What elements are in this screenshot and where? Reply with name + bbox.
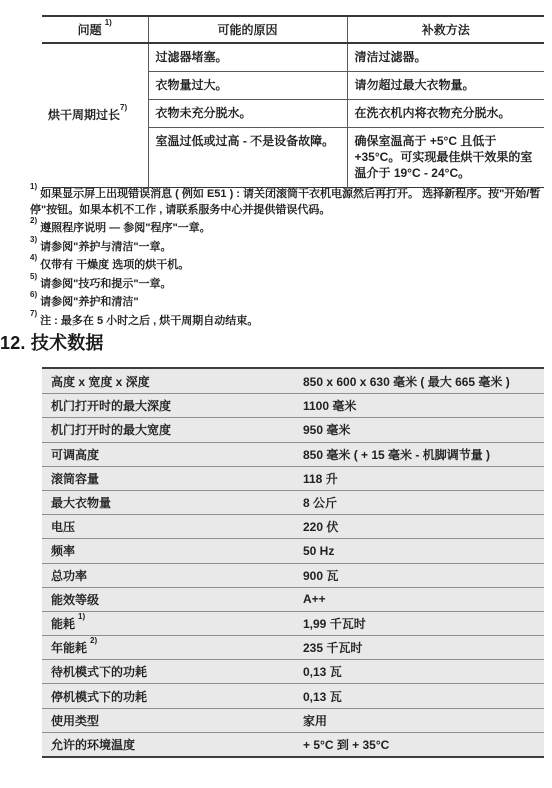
tech-label-text: 年能耗 [51,641,87,655]
tech-label-text: 总功率 [51,569,87,583]
header-cell-cause: 可能的原因 [148,16,347,43]
tech-row: 使用类型家用 [42,708,544,732]
tech-label: 允许的环境温度 [42,733,303,756]
tech-row: 频率50 Hz [42,538,544,562]
tech-label-text: 能耗 [51,617,75,631]
header-problem-label: 问题 [78,23,102,37]
tech-label: 能耗1) [42,612,303,635]
remedy-cell: 清洁过滤器。 [347,43,544,72]
tech-label-text: 待机模式下的功耗 [51,665,147,679]
table-header-row: 问题1) 可能的原因 补救方法 [42,16,544,43]
tech-label-text: 高度 x 宽度 x 深度 [51,375,150,389]
tech-value: 家用 [303,709,544,732]
remedy-cell: 在洗衣机内将衣物充分脱水。 [347,100,544,128]
tech-row: 停机模式下的功耗0,13 瓦 [42,683,544,707]
tech-row: 电压220 伏 [42,514,544,538]
manual-page: 问题1) 可能的原因 补救方法 烘干周期过长7) 过滤器堵塞。 清洁过滤器。 衣… [0,0,552,788]
tech-value: A++ [303,589,544,609]
tech-value: 850 毫米 ( + 15 毫米 - 机脚调节量 ) [303,443,544,466]
footnote-1: 1)如果显示屏上出现错误消息 ( 例如 E51 ) : 请关闭滚筒干衣机电源然后… [30,187,547,218]
footnote-3: 3)请参阅"养护与清洁"一章。 [30,240,547,256]
cause-cell: 衣物未充分脱水。 [148,100,347,128]
tech-label: 待机模式下的功耗 [42,660,303,683]
tech-label-text: 电压 [51,520,75,534]
footnote-marker: 7) [30,309,37,318]
footnote-text: 注 : 最多在 5 小时之后 , 烘干周期自动结束。 [40,315,258,327]
tech-value: 235 千瓦时 [303,636,544,659]
tech-label-text: 停机模式下的功耗 [51,690,147,704]
footnote-text: 仅带有 干燥度 选项的烘干机。 [40,259,189,271]
tech-value: 220 伏 [303,515,544,538]
footnote-4: 4)仅带有 干燥度 选项的烘干机。 [30,258,547,274]
tech-data-table: 高度 x 宽度 x 深度850 x 600 x 630 毫米 ( 最大 665 … [42,367,544,758]
section-heading: 12. 技术数据 [0,329,104,355]
tech-row: 允许的环境温度+ 5°C 到 + 35°C [42,732,544,756]
footnote-marker: 6) [30,290,37,299]
tech-value: + 5°C 到 + 35°C [303,733,544,756]
tech-label: 年能耗2) [42,636,303,659]
tech-row: 总功率900 瓦 [42,563,544,587]
tech-label: 可调高度 [42,443,303,466]
table-row: 烘干周期过长7) 过滤器堵塞。 清洁过滤器。 [42,43,544,72]
tech-label-text: 机门打开时的最大宽度 [51,423,171,437]
tech-label: 电压 [42,515,303,538]
tech-value: 0,13 瓦 [303,660,544,683]
tech-row: 可调高度850 毫米 ( + 15 毫米 - 机脚调节量 ) [42,442,544,466]
tech-label-text: 能效等级 [51,593,99,607]
tech-label-text: 最大衣物量 [51,496,111,510]
troubleshooting-table: 问题1) 可能的原因 补救方法 烘干周期过长7) 过滤器堵塞。 清洁过滤器。 衣… [42,15,544,188]
tech-value: 8 公斤 [303,491,544,514]
tech-label: 滚筒容量 [42,467,303,490]
footnote-text: 遵照程序说明 — 参阅"程序"一章。 [40,222,211,234]
footnote-7: 7)注 : 最多在 5 小时之后 , 烘干周期自动结束。 [30,314,547,330]
footnote-5: 5)请参阅"技巧和提示"一章。 [30,277,547,293]
tech-value: 900 瓦 [303,564,544,587]
footnote-text: 请参阅"养护与清洁"一章。 [40,241,171,253]
tech-row: 最大衣物量8 公斤 [42,490,544,514]
cause-cell: 室温过低或过高 - 不是设备故障。 [148,128,347,188]
tech-value: 850 x 600 x 630 毫米 ( 最大 665 毫米 ) [303,370,544,393]
tech-label: 停机模式下的功耗 [42,685,303,708]
tech-label: 总功率 [42,564,303,587]
header-cell-problem: 问题1) [42,16,148,43]
footnote-text: 如果显示屏上出现错误消息 ( 例如 E51 ) : 请关闭滚筒干衣机电源然后再打… [30,188,540,216]
footnote-marker: 7) [120,103,127,112]
problem-label: 烘干周期过长 [48,108,120,122]
tech-value: 118 升 [303,467,544,490]
tech-label: 机门打开时的最大宽度 [42,418,303,441]
tech-label-text: 使用类型 [51,714,99,728]
footnote-marker: 2) [90,636,97,645]
footnote-marker: 4) [30,253,37,262]
footnote-6: 6)请参阅"养护和清洁" [30,295,547,311]
tech-label: 机门打开时的最大深度 [42,394,303,417]
tech-row: 年能耗2)235 千瓦时 [42,635,544,659]
footnote-marker: 2) [30,216,37,225]
tech-label-text: 滚筒容量 [51,472,99,486]
cause-cell: 过滤器堵塞。 [148,43,347,72]
footnote-marker: 5) [30,272,37,281]
tech-value: 1100 毫米 [303,394,544,417]
tech-label: 使用类型 [42,709,303,732]
tech-row: 机门打开时的最大深度1100 毫米 [42,393,544,417]
tech-row: 能效等级A++ [42,587,544,611]
footnote-2: 2)遵照程序说明 — 参阅"程序"一章。 [30,221,547,237]
tech-row: 机门打开时的最大宽度950 毫米 [42,417,544,441]
footnote-text: 请参阅"技巧和提示"一章。 [40,278,171,290]
tech-value: 950 毫米 [303,418,544,441]
problem-cell: 烘干周期过长7) [42,43,148,188]
footnote-marker: 1) [105,18,112,27]
tech-label-text: 可调高度 [51,448,99,462]
footnote-marker: 1) [30,182,37,191]
footnote-marker: 3) [30,235,37,244]
tech-value: 0,13 瓦 [303,685,544,708]
footnotes: 1)如果显示屏上出现错误消息 ( 例如 E51 ) : 请关闭滚筒干衣机电源然后… [30,187,547,332]
tech-label: 频率 [42,539,303,562]
remedy-cell: 请勿超过最大衣物量。 [347,72,544,100]
tech-label-text: 机门打开时的最大深度 [51,399,171,413]
tech-row: 待机模式下的功耗0,13 瓦 [42,659,544,683]
header-cell-remedy: 补救方法 [347,16,544,43]
tech-label: 高度 x 宽度 x 深度 [42,370,303,393]
tech-value: 50 Hz [303,541,544,561]
footnote-marker: 1) [78,612,85,621]
footnote-text: 请参阅"养护和清洁" [40,296,138,308]
cause-cell: 衣物量过大。 [148,72,347,100]
remedy-cell: 确保室温高于 +5°C 且低于 +35°C。可实现最佳烘干效果的室温介于 19°… [347,128,544,188]
tech-label-text: 频率 [51,544,75,558]
tech-label: 最大衣物量 [42,491,303,514]
tech-value: 1,99 千瓦时 [303,612,544,635]
tech-row: 能耗1)1,99 千瓦时 [42,611,544,635]
tech-row: 高度 x 宽度 x 深度850 x 600 x 630 毫米 ( 最大 665 … [42,369,544,393]
tech-label: 能效等级 [42,588,303,611]
tech-label-text: 允许的环境温度 [51,738,135,752]
tech-row: 滚筒容量118 升 [42,466,544,490]
